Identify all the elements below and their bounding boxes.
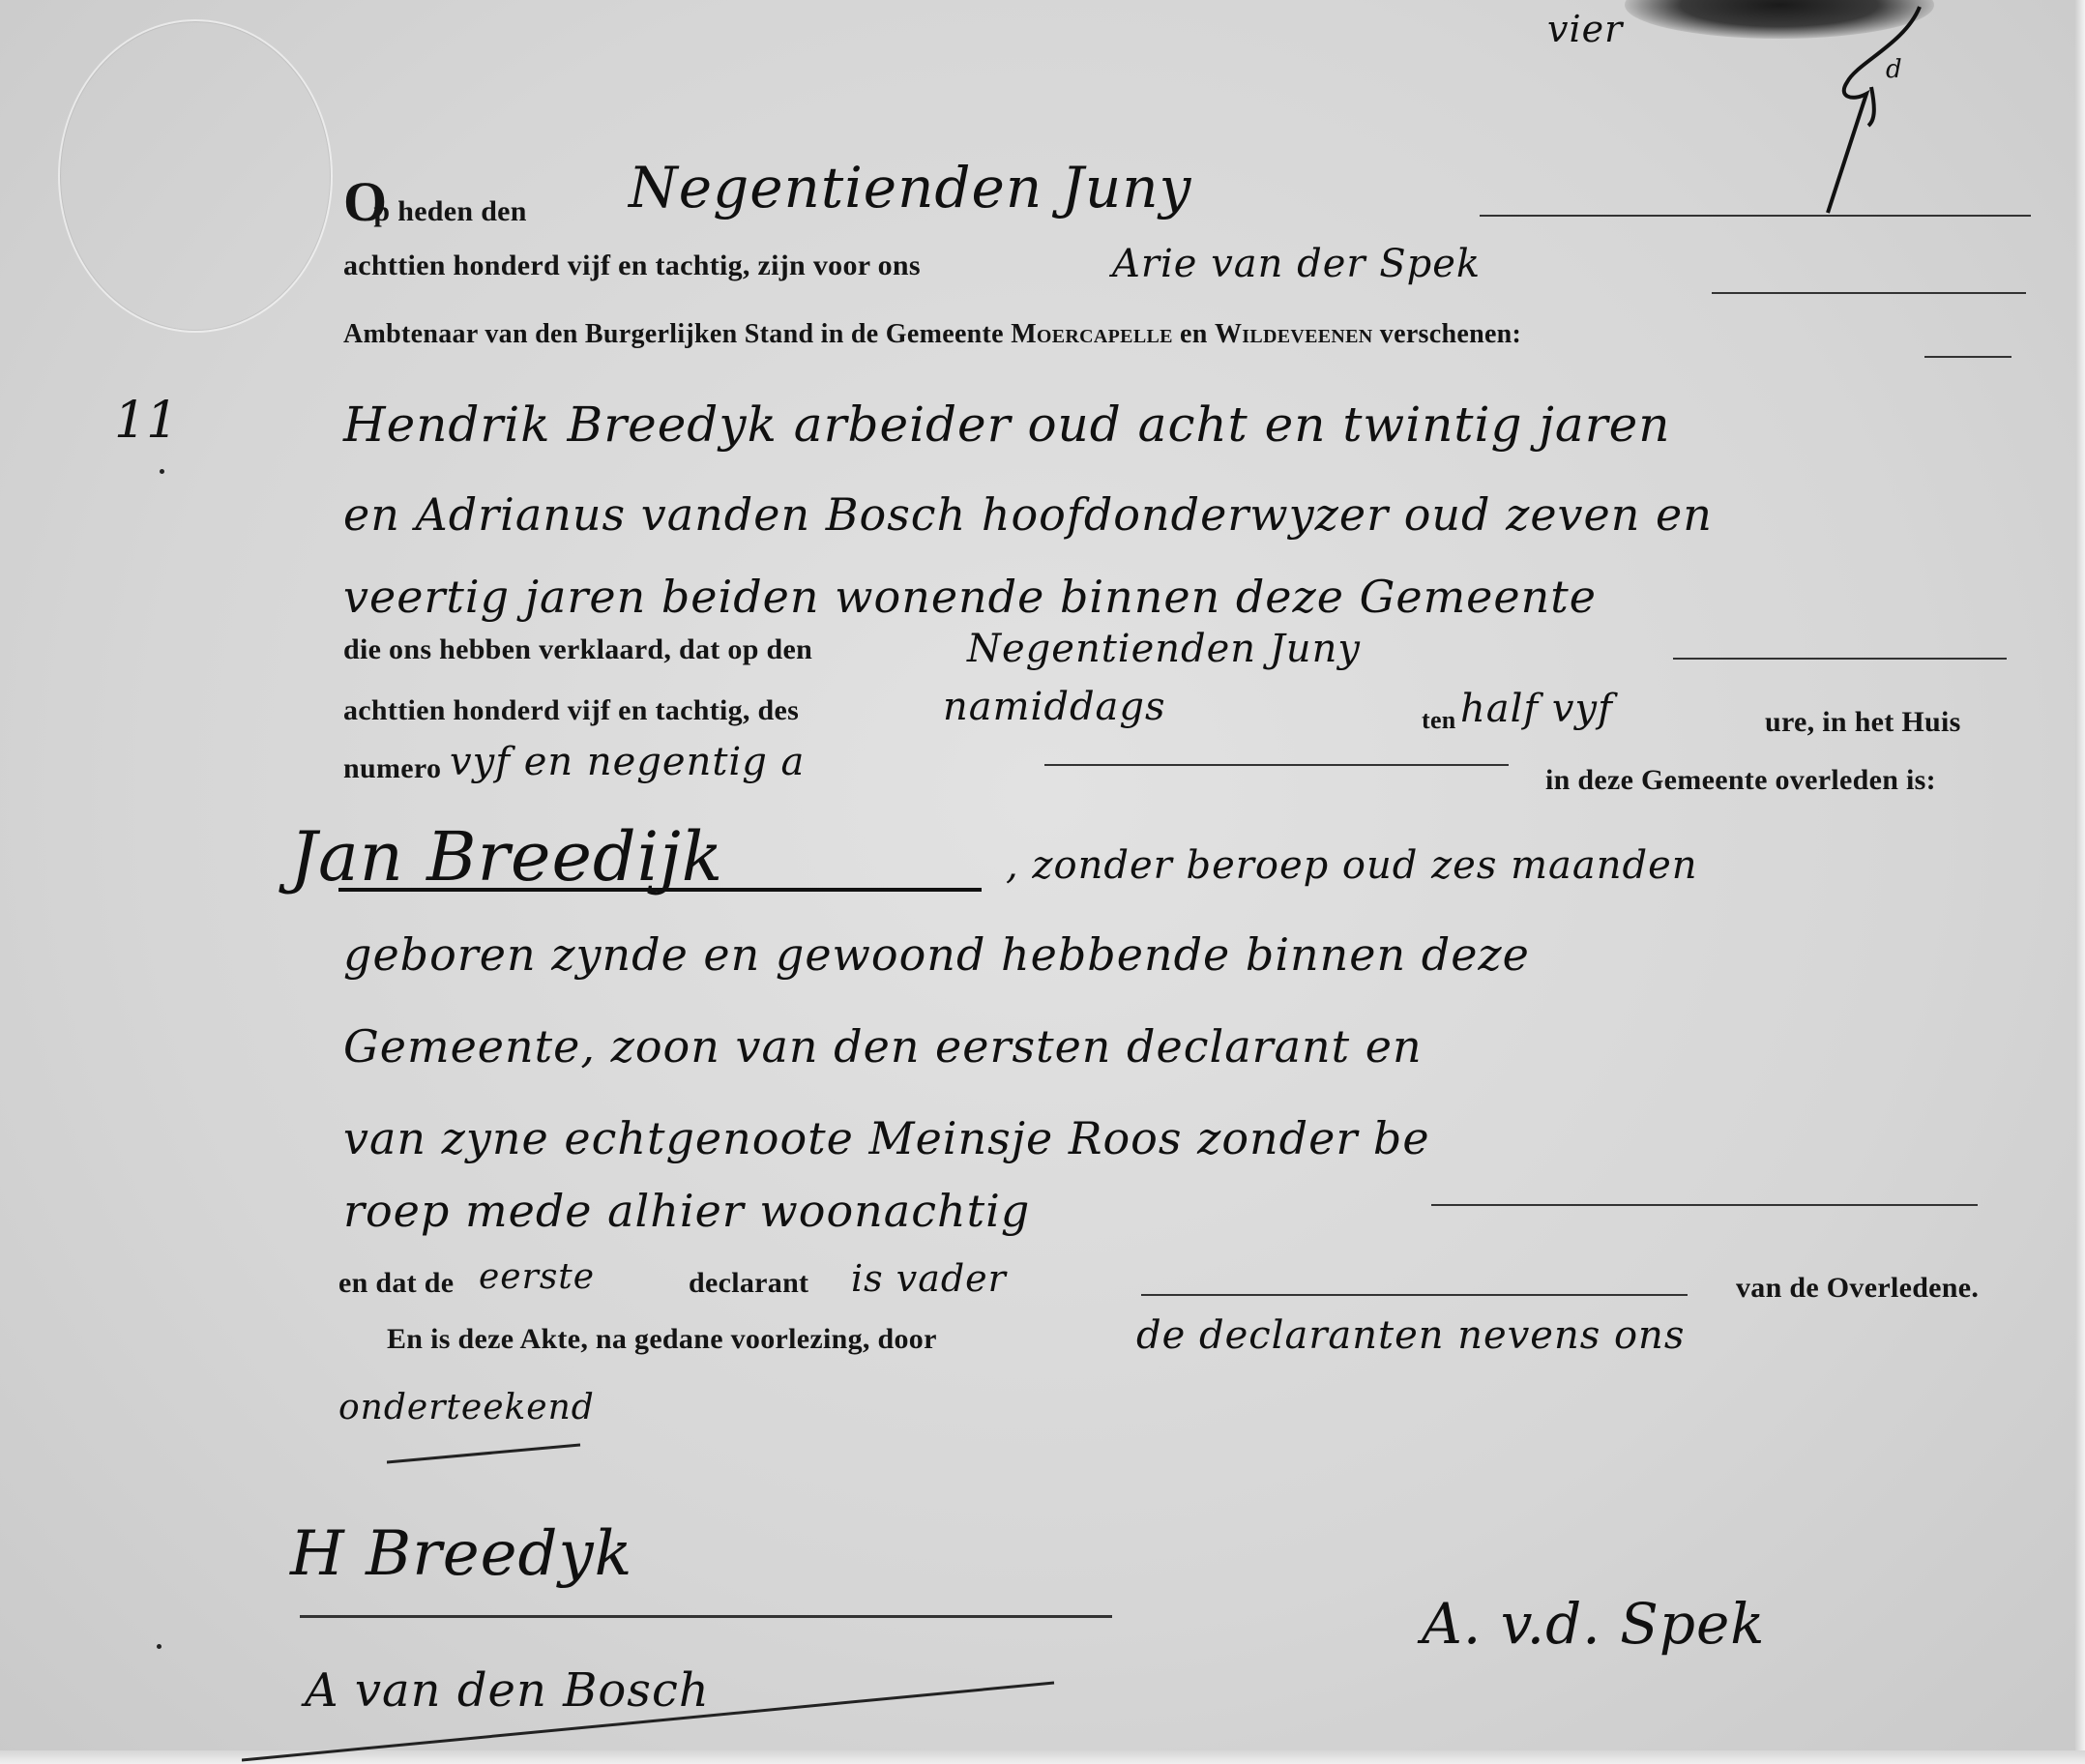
fill-rule: [1431, 1204, 1978, 1206]
printed-text: Ambtenaar van den Burgerlijken Stand in …: [343, 319, 1521, 349]
printed-line-7: die ons hebben verklaard, dat op den: [343, 633, 812, 666]
handwritten-deceased-details-2: geboren zynde en gewoond hebbende binnen…: [343, 928, 1530, 981]
paraph-flourish-icon: d: [1818, 5, 1934, 218]
printed-line-2: achttien honderd vijf en tachtig, zijn v…: [343, 250, 921, 282]
handwritten-date: Negentienden Juny: [629, 155, 1191, 220]
handwritten-official-name: Arie van der Spek: [1112, 242, 1481, 286]
printed-line-1: OOp heden denp heden den: [343, 174, 527, 230]
fill-rule: [1044, 764, 1509, 766]
margin-dot: [160, 469, 164, 474]
deceased-name-underline: [338, 888, 982, 892]
signature-official: A. v.d. Spek: [1422, 1591, 1765, 1657]
embossed-seal: [58, 19, 333, 333]
document-page: vier d 11 OOp heden denp heden den Negen…: [0, 0, 2085, 1764]
fill-rule: [1673, 658, 2007, 660]
handwritten-declarants-line-3: veertig jaren beiden wonende binnen deze…: [343, 571, 1597, 623]
printed-ten: ten: [1422, 706, 1456, 735]
printed-text-rest: p heden den: [373, 195, 526, 227]
handwritten-signers: de declaranten nevens ons: [1136, 1313, 1685, 1358]
signature-underline-flourish-icon: [242, 1673, 1064, 1764]
printed-overledene: van de Overledene.: [1736, 1272, 1979, 1305]
printed-line-8: achttien honderd vijf en tachtig, des: [343, 694, 799, 727]
handwritten-hour: half vyf: [1460, 687, 1613, 731]
fill-rule: [1480, 215, 2031, 217]
handwritten-deceased-details-5: roep mede alhier woonachtig: [343, 1185, 1030, 1237]
handwritten-deceased-details-1: , zonder beroep oud zes maanden: [1006, 843, 1698, 888]
deceased-name: Jan Breedijk: [290, 817, 723, 897]
handwritten-declarants-line-2: en Adrianus vanden Bosch hoofdonderwyzer…: [343, 488, 1713, 541]
handwritten-eerste: eerste: [479, 1257, 595, 1297]
folio-word: vier: [1547, 8, 1623, 50]
fill-rule: [1924, 356, 2012, 358]
signature-flourish-icon: [387, 1441, 600, 1470]
handwritten-relation: is vader: [851, 1257, 1007, 1300]
svg-text:d: d: [1886, 55, 1902, 84]
handwritten-date-2: Negentienden Juny: [967, 627, 1361, 671]
fill-rule: [1712, 292, 2026, 294]
signature-rule: [300, 1615, 1112, 1618]
printed-akte-line: En is deze Akte, na gedane voorlezing, d…: [387, 1323, 937, 1356]
handwritten-declarants-line-1: Hendrik Breedyk arbeider oud acht en twi…: [343, 397, 1670, 453]
printed-ure: ure, in het Huis: [1765, 706, 1961, 739]
handwritten-onderteekend: onderteekend: [338, 1388, 595, 1427]
printed-line-3: Ambtenaar van den Burgerlijken Stand in …: [343, 319, 1521, 350]
handwritten-time-of-day: namiddags: [943, 685, 1166, 729]
act-number: 11: [114, 392, 178, 450]
handwritten-deceased-details-3: Gemeente, zoon van den eersten declarant…: [343, 1020, 1423, 1073]
fill-rule: [1141, 1294, 1688, 1296]
printed-declarant: declarant: [689, 1267, 808, 1300]
margin-dot: [157, 1644, 162, 1649]
page-edge-right: [2075, 0, 2085, 1764]
handwritten-house-number: vyf en negentig a: [450, 740, 805, 784]
handwritten-deceased-details-4: van zyne echtgenoote Meinsje Roos zonder…: [343, 1112, 1430, 1164]
printed-overleden: in deze Gemeente overleden is:: [1545, 764, 1936, 797]
printed-numero: numero: [343, 752, 441, 785]
printed-en-dat-de: en dat de: [338, 1267, 454, 1300]
signature-declarant-1: H Breedyk: [290, 1518, 632, 1590]
